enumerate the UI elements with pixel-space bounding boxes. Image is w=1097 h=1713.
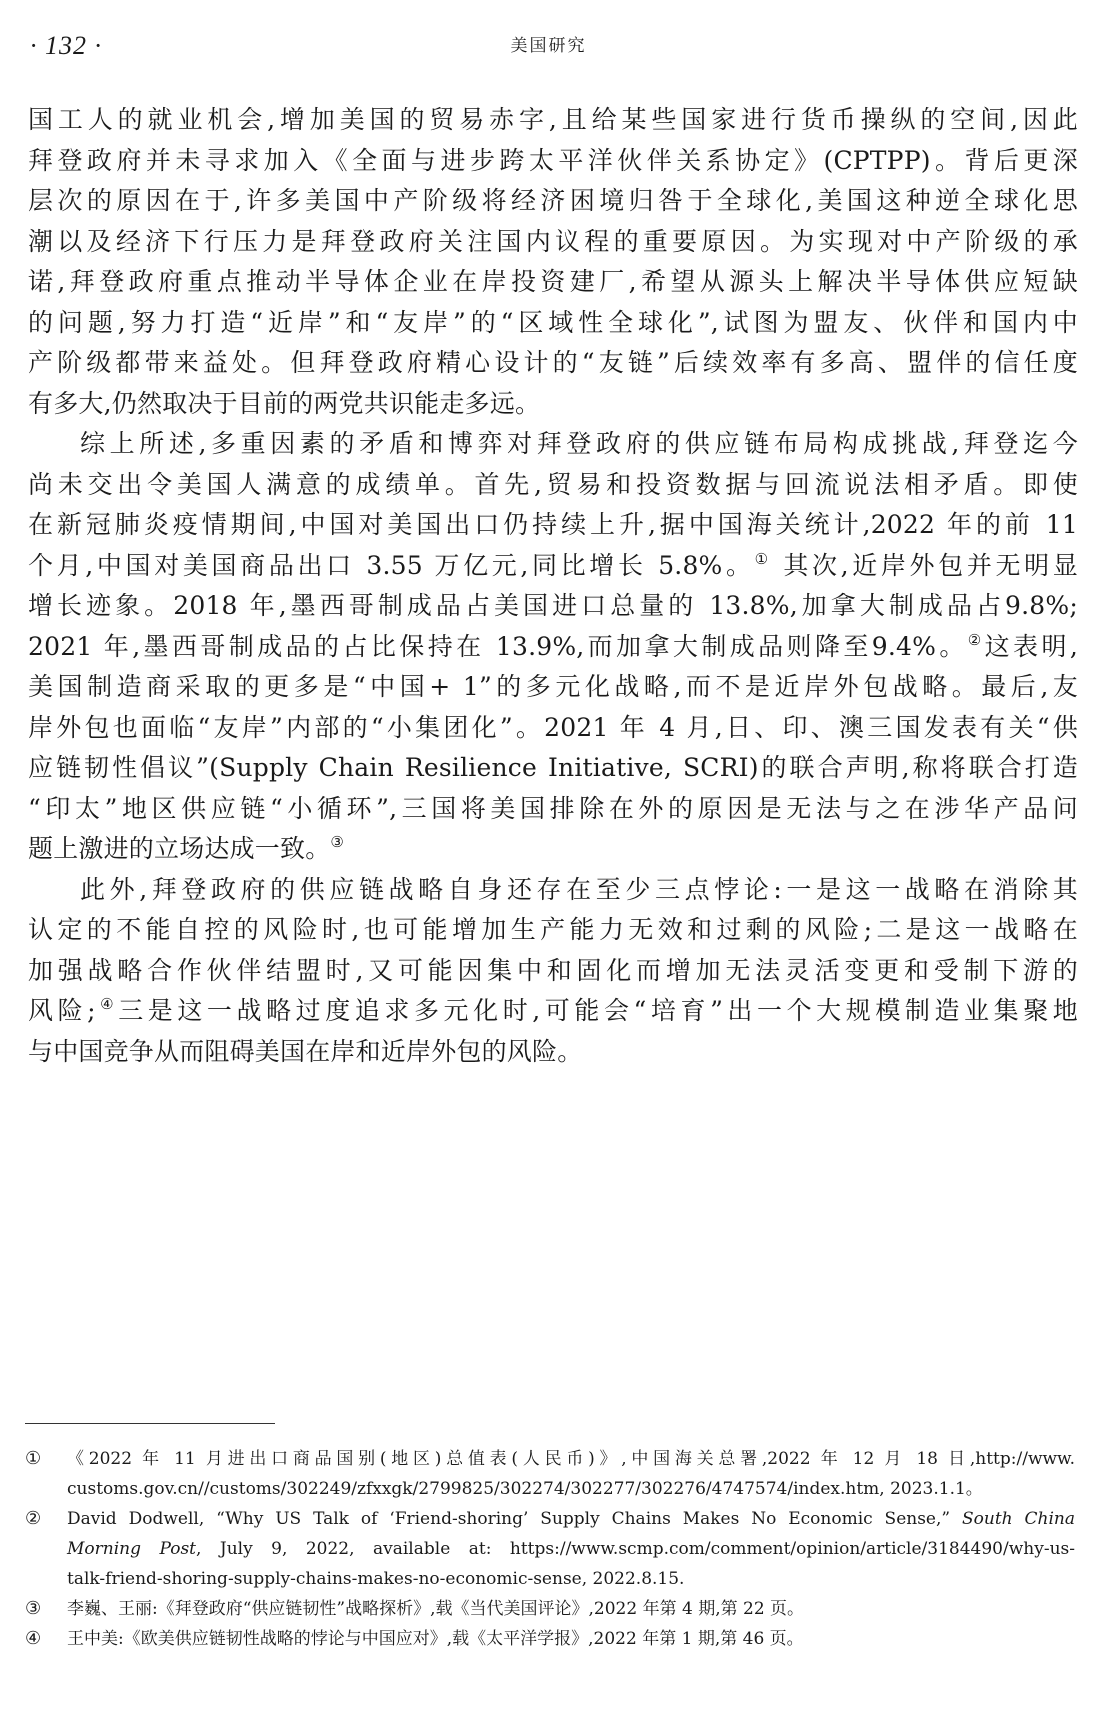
publication-title: South China (962, 1509, 1075, 1529)
text-line: 有多大,仍然取决于目前的两党共识能走多远。 (28, 384, 1078, 425)
text-line: 的问题,努力打造“近岸”和“友岸”的“区域性全球化”,试图为盟友、伙伴和国内中 (28, 303, 1078, 344)
footnote-line: talk-friend-shoring-supply-chains-makes-… (67, 1564, 1075, 1594)
paragraph-1: 国工人的就业机会,增加美国的贸易赤字,且给某些国家进行货币操纵的空间,因此 拜登… (28, 100, 1078, 424)
text-line: 与中国竞争从而阻碍美国在岸和近岸外包的风险。 (28, 1032, 1078, 1073)
text-line: 拜登政府并未寻求加入《全面与进步跨太平洋伙伴关系协定》(CPTPP)。背后更深 (28, 141, 1078, 182)
text-line: 层次的原因在于,许多美国中产阶级将经济困境归咎于全球化,美国这种逆全球化思 (28, 181, 1078, 222)
text-line: 加强战略合作伙伴结盟时,又可能因集中和固化而增加无法灵活变更和受制下游的 (28, 951, 1078, 992)
footnote-ref-1[interactable]: ① (755, 550, 772, 568)
footnote-ref-2[interactable]: ② (968, 631, 985, 649)
footnote-line: Morning Post, July 9, 2022, available at… (67, 1534, 1075, 1564)
text-line: 国工人的就业机会,增加美国的贸易赤字,且给某些国家进行货币操纵的空间,因此 (28, 100, 1078, 141)
text-line: 应链韧性倡议”(Supply Chain Resilience Initiati… (28, 748, 1078, 789)
text-line: 综上所述,多重因素的矛盾和博弈对拜登政府的供应链布局构成挑战,拜登迄今 (28, 424, 1078, 465)
paragraph-2: 综上所述,多重因素的矛盾和博弈对拜登政府的供应链布局构成挑战,拜登迄今 尚未交出… (28, 424, 1078, 870)
running-title: 美国研究 (0, 32, 1097, 60)
text-line: 风险;④三是这一战略过度追求多元化时,可能会“培育”出一个大规模制造业集聚地 (28, 991, 1078, 1032)
footnote-4: ④ 王中美:《欧美供应链韧性战略的悖论与中国应对》,载《太平洋学报》,2022 … (25, 1624, 1075, 1654)
citation-text: David Dodwell, “Why US Talk of ‘Friend-s… (67, 1509, 962, 1529)
text-line: 2021 年,墨西哥制成品的占比保持在 13.9%,而加拿大制成品则降至9.4%… (28, 627, 1078, 668)
footnote-line: 《2022 年 11 月进出口商品国别(地区)总值表(人民币)》,中国海关总署,… (67, 1444, 1075, 1474)
footnotes: ① 《2022 年 11 月进出口商品国别(地区)总值表(人民币)》,中国海关总… (25, 1444, 1075, 1654)
footnote-3: ③ 李巍、王丽:《拜登政府“供应链韧性”战略探析》,载《当代美国评论》,2022… (25, 1594, 1075, 1624)
text-line: 此外,拜登政府的供应链战略自身还存在至少三点悖论:一是这一战略在消除其 (28, 870, 1078, 911)
footnote-line: customs.gov.cn//customs/302249/zfxxgk/27… (67, 1474, 1075, 1504)
text-line: 美国制造商采取的更多是“中国+ 1”的多元化战略,而不是近岸外包战略。最后,友 (28, 667, 1078, 708)
footnote-number: ④ (25, 1624, 41, 1654)
citation-url[interactable]: , July 9, 2022, available at: https://ww… (196, 1539, 1075, 1559)
footnote-ref-4[interactable]: ④ (96, 995, 118, 1013)
text-line: 增长迹象。2018 年,墨西哥制成品占美国进口总量的 13.8%,加拿大制成品占… (28, 586, 1078, 627)
text-segment: 风险; (28, 996, 96, 1025)
text-line: 个月,中国对美国商品出口 3.55 万亿元,同比增长 5.8%。① 其次,近岸外… (28, 546, 1078, 587)
footnote-ref-3[interactable]: ③ (330, 833, 344, 851)
footnote-number: ③ (25, 1594, 41, 1624)
text-line: 岸外包也面临“友岸”内部的“小集团化”。2021 年 4 月,日、印、澳三国发表… (28, 708, 1078, 749)
text-line: 题上激进的立场达成一致。③ (28, 829, 1078, 870)
publication-title: Morning Post (67, 1539, 196, 1559)
page-header: · 132 · 美国研究 (0, 28, 1097, 64)
text-line: 认定的不能自控的风险时,也可能增加生产能力无效和过剩的风险;二是这一战略在 (28, 910, 1078, 951)
footnote-1: ① 《2022 年 11 月进出口商品国别(地区)总值表(人民币)》,中国海关总… (25, 1444, 1075, 1504)
footnote-divider (25, 1423, 275, 1424)
paragraph-3: 此外,拜登政府的供应链战略自身还存在至少三点悖论:一是这一战略在消除其 认定的不… (28, 870, 1078, 1073)
text-line: 诺,拜登政府重点推动半导体企业在岸投资建厂,希望从源头上解决半导体供应短缺 (28, 262, 1078, 303)
footnote-line: 王中美:《欧美供应链韧性战略的悖论与中国应对》,载《太平洋学报》,2022 年第… (67, 1624, 1075, 1654)
text-line: 尚未交出令美国人满意的成绩单。首先,贸易和投资数据与回流说法相矛盾。即使 (28, 465, 1078, 506)
text-segment: 题上激进的立场达成一致。 (28, 834, 330, 863)
footnote-line: 李巍、王丽:《拜登政府“供应链韧性”战略探析》,载《当代美国评论》,2022 年… (67, 1594, 1075, 1624)
text-segment: 2021 年,墨西哥制成品的占比保持在 13.9%,而加拿大制成品则降至9.4%… (28, 632, 968, 661)
footnote-2: ② David Dodwell, “Why US Talk of ‘Friend… (25, 1504, 1075, 1594)
text-segment: 个月,中国对美国商品出口 3.55 万亿元,同比增长 5.8%。 (28, 551, 755, 580)
body-text: 国工人的就业机会,增加美国的贸易赤字,且给某些国家进行货币操纵的空间,因此 拜登… (28, 100, 1078, 1072)
text-segment: 这表明, (985, 632, 1078, 661)
footnote-number: ② (25, 1504, 41, 1534)
text-line: 潮以及经济下行压力是拜登政府关注国内议程的重要原因。为实现对中产阶级的承 (28, 222, 1078, 263)
text-line: 在新冠肺炎疫情期间,中国对美国出口仍持续上升,据中国海关统计,2022 年的前 … (28, 505, 1078, 546)
text-segment: 三是这一战略过度追求多元化时,可能会“培育”出一个大规模制造业集聚地 (118, 996, 1078, 1025)
text-segment: 其次,近岸外包并无明显 (772, 551, 1078, 580)
text-line: “印太”地区供应链“小循环”,三国将美国排除在外的原因是无法与之在涉华产品问 (28, 789, 1078, 830)
footnote-line: David Dodwell, “Why US Talk of ‘Friend-s… (67, 1504, 1075, 1534)
text-line: 产阶级都带来益处。但拜登政府精心设计的“友链”后续效率有多高、盟伴的信任度 (28, 343, 1078, 384)
footnote-number: ① (25, 1444, 41, 1474)
